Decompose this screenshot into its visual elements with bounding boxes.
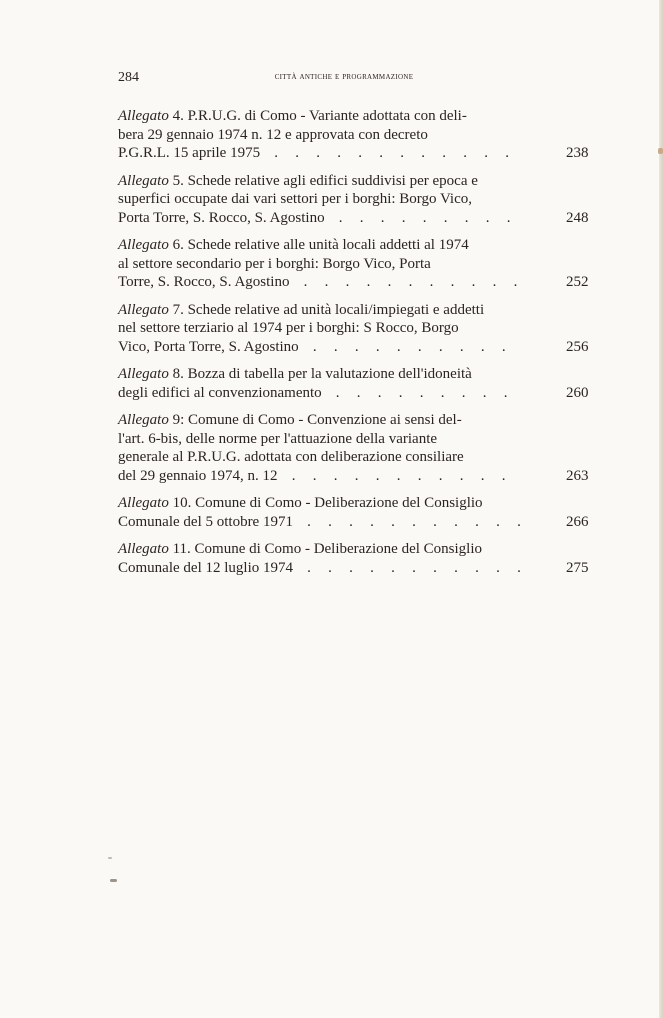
toc-entry-number: 9: xyxy=(173,412,185,428)
dot-leader: .................... xyxy=(264,144,521,163)
toc-entry-label: Allegato xyxy=(118,495,169,511)
toc-entry-number: 7. xyxy=(173,302,184,318)
toc-entry-text: al settore secondario per i borghi: Borg… xyxy=(118,256,431,272)
toc-entry-text: Comune di Como - Deliberazione del Consi… xyxy=(195,495,482,511)
toc-entry-line: al settore secondario per i borghi: Borg… xyxy=(145,255,521,274)
dot-leader: .................... xyxy=(303,338,521,357)
dot-leader: .................... xyxy=(293,273,521,292)
toc-entry-label: Allegato xyxy=(118,237,169,253)
toc-entry-label: Allegato xyxy=(118,108,169,124)
dot-leader: .................... xyxy=(326,384,521,403)
toc-entry-label: Allegato xyxy=(118,173,169,189)
toc-entry: Allegato 4. P.R.U.G. di Como - Variante … xyxy=(118,107,571,163)
toc-entry-last-line: Torre, S. Rocco, S. Agostino............… xyxy=(145,273,521,292)
toc-entry-last-line: Comunale del 5 ottobre 1971.............… xyxy=(145,513,521,532)
toc-entry: Allegato 9: Comune di Como - Convenzione… xyxy=(118,411,571,485)
paper-speck xyxy=(108,857,112,859)
toc-entry: Allegato 5. Schede relative agli edifici… xyxy=(118,172,571,228)
toc-entry-text: Comune di Como - Convenzione ai sensi de… xyxy=(188,412,462,428)
toc-entry: Allegato 6. Schede relative alle unità l… xyxy=(118,236,571,292)
toc-entry-label: Allegato xyxy=(118,302,169,318)
toc-entry-text: Comunale del 12 luglio 1974 xyxy=(145,559,293,578)
toc-entry-last-line: Vico, Porta Torre, S. Agostino..........… xyxy=(145,338,521,357)
toc-entry-text: Comunale del 5 ottobre 1971 xyxy=(145,513,293,532)
toc-entry-text: degli edifici al convenzionamento xyxy=(145,384,322,403)
toc-entry-line: bera 29 gennaio 1974 n. 12 e approvata c… xyxy=(145,126,521,145)
page-edge-mark xyxy=(658,148,663,154)
toc-entry-line: Allegato 11. Comune di Como - Deliberazi… xyxy=(145,540,521,559)
toc-entry-text: bera 29 gennaio 1974 n. 12 e approvata c… xyxy=(118,127,428,143)
toc-entry-label: Allegato xyxy=(118,412,169,428)
toc-entry-line: Allegato 8. Bozza di tabella per la valu… xyxy=(145,365,521,384)
toc-entry-number: 5. xyxy=(173,173,184,189)
dot-leader: .................... xyxy=(282,467,521,486)
toc-entry-last-line: degli edifici al convenzionamento.......… xyxy=(145,384,521,403)
toc-entry-text: Torre, S. Rocco, S. Agostino xyxy=(145,273,289,292)
toc-entry-label: Allegato xyxy=(118,366,169,382)
toc-entry: Allegato 10. Comune di Como - Deliberazi… xyxy=(118,494,571,531)
toc-entry: Allegato 8. Bozza di tabella per la valu… xyxy=(118,365,571,402)
toc-entry-last-line: Comunale del 12 luglio 1974.............… xyxy=(145,559,521,578)
page-header: 284 CITTÀ ANTICHE E PROGRAMMAZIONE xyxy=(118,70,570,86)
toc-entry-number: 6. xyxy=(173,237,184,253)
toc-entry-text: nel settore terziario al 1974 per i borg… xyxy=(118,320,459,336)
toc-entry-label: Allegato xyxy=(118,541,169,557)
toc-entry-text: Schede relative ad unità locali/impiegat… xyxy=(188,302,485,318)
toc-entry-text: Comune di Como - Deliberazione del Consi… xyxy=(195,541,482,557)
toc-entry-line: nel settore terziario al 1974 per i borg… xyxy=(145,319,521,338)
toc-entry-line: Allegato 5. Schede relative agli edifici… xyxy=(145,172,521,191)
toc-entry-line: generale al P.R.U.G. adottata con delibe… xyxy=(145,448,521,467)
toc-entry-text: l'art. 6-bis, delle norme per l'attuazio… xyxy=(118,431,437,447)
toc-entry-last-line: P.G.R.L. 15 aprile 1975.................… xyxy=(145,144,521,163)
toc-entry-line: superfici occupate dai vari settori per … xyxy=(145,190,521,209)
toc-entry-number: 11. xyxy=(173,541,191,557)
toc-entry-number: 10. xyxy=(173,495,192,511)
toc-entry-text: P.G.R.L. 15 aprile 1975 xyxy=(145,144,260,163)
toc-entry-last-line: Porta Torre, S. Rocco, S. Agostino......… xyxy=(145,209,521,228)
table-of-contents: Allegato 4. P.R.U.G. di Como - Variante … xyxy=(118,107,571,586)
toc-entry-line: Allegato 10. Comune di Como - Deliberazi… xyxy=(145,494,521,513)
dot-leader: .................... xyxy=(297,513,521,532)
toc-entry-number: 4. xyxy=(173,108,184,124)
toc-entry-line: Allegato 4. P.R.U.G. di Como - Variante … xyxy=(145,107,521,126)
toc-entry-text: Schede relative alle unità locali addett… xyxy=(188,237,469,253)
toc-entry-line: l'art. 6-bis, delle norme per l'attuazio… xyxy=(145,430,521,449)
toc-entry-text: superfici occupate dai vari settori per … xyxy=(118,191,472,207)
toc-entry-text: P.R.U.G. di Como - Variante adottata con… xyxy=(188,108,467,124)
toc-entry-line: Allegato 9: Comune di Como - Convenzione… xyxy=(145,411,521,430)
toc-entry-line: Allegato 7. Schede relative ad unità loc… xyxy=(145,301,521,320)
toc-entry-text: Schede relative agli edifici suddivisi p… xyxy=(188,173,478,189)
toc-entry-last-line: del 29 gennaio 1974, n. 12..............… xyxy=(145,467,521,486)
paper-speck xyxy=(110,879,117,882)
toc-entry-text: del 29 gennaio 1974, n. 12 xyxy=(145,467,278,486)
toc-entry-text: Vico, Porta Torre, S. Agostino xyxy=(145,338,299,357)
toc-entry: Allegato 7. Schede relative ad unità loc… xyxy=(118,301,571,357)
dot-leader: .................... xyxy=(329,209,521,228)
toc-entry-number: 8. xyxy=(173,366,184,382)
toc-entry-text: generale al P.R.U.G. adottata con delibe… xyxy=(118,449,464,465)
dot-leader: .................... xyxy=(297,559,521,578)
running-title: CITTÀ ANTICHE E PROGRAMMAZIONE xyxy=(118,72,570,82)
toc-entry-line: Allegato 6. Schede relative alle unità l… xyxy=(145,236,521,255)
toc-entry-text: Porta Torre, S. Rocco, S. Agostino xyxy=(145,209,325,228)
toc-entry: Allegato 11. Comune di Como - Deliberazi… xyxy=(118,540,571,577)
toc-entry-text: Bozza di tabella per la valutazione dell… xyxy=(188,366,472,382)
